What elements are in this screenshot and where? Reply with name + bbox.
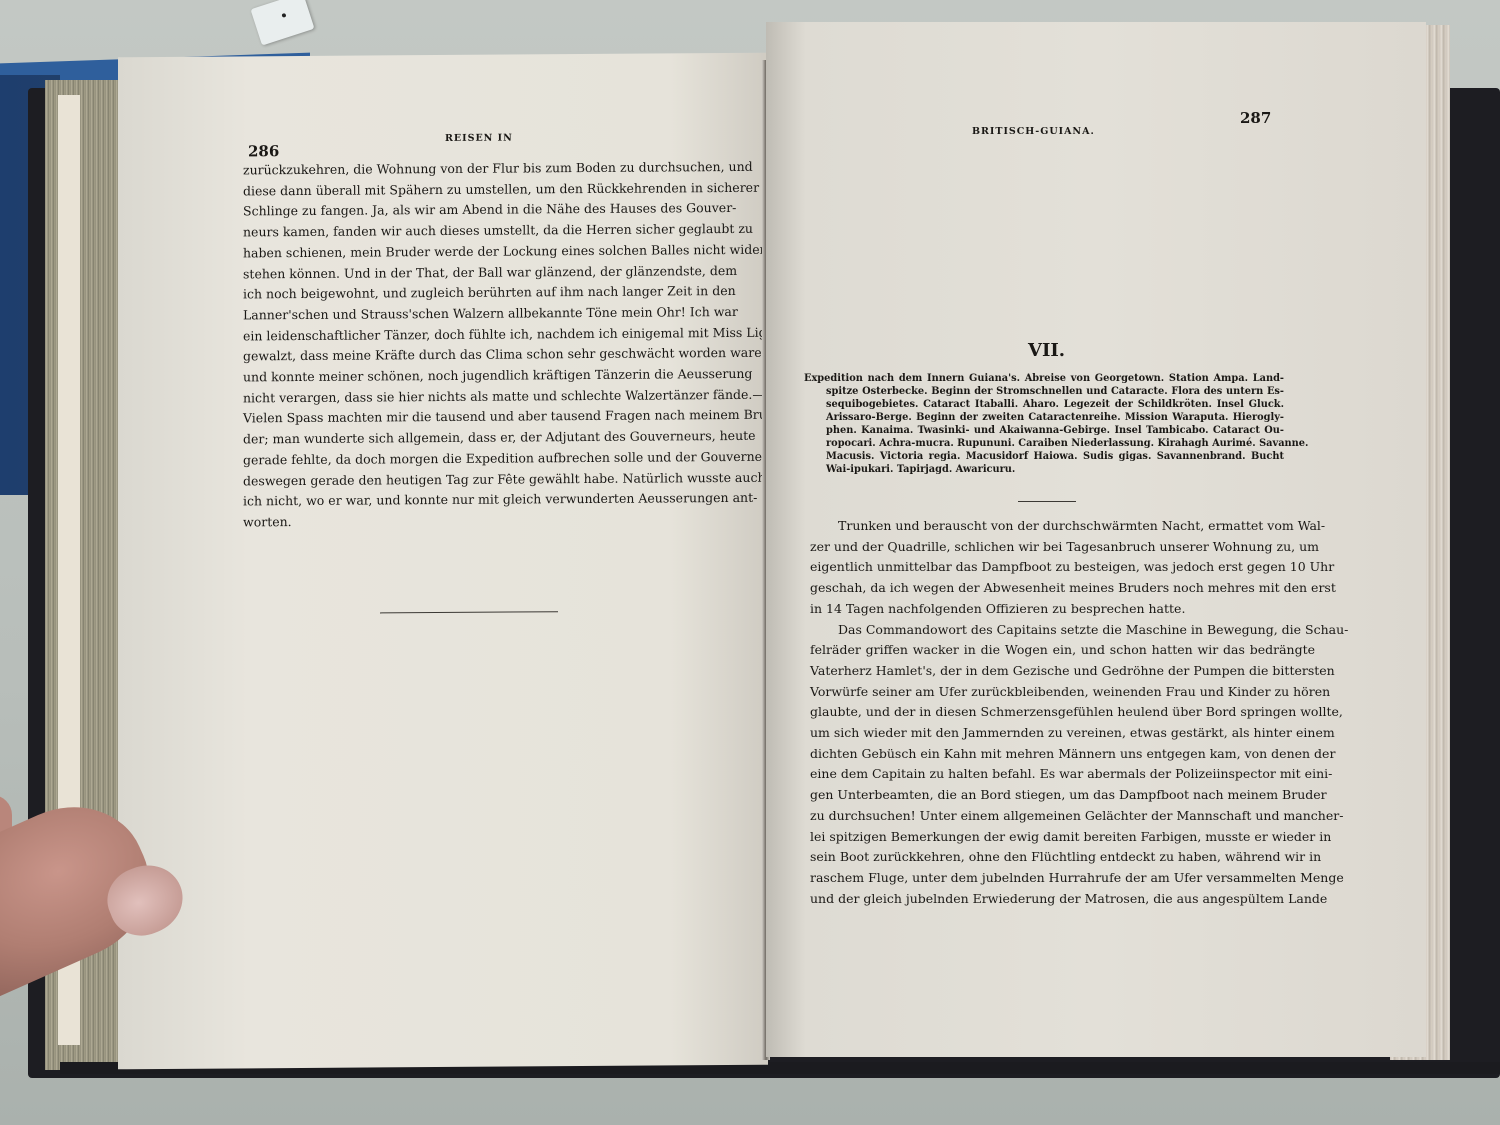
text-line: Das Commandowort des Capitains setzte di… <box>810 620 1315 641</box>
text-line: Vaterherz Hamlet's, der in dem Gezische … <box>810 661 1315 682</box>
summary-separator-rule <box>1018 501 1076 502</box>
text-line: worten. <box>243 509 703 533</box>
left-page-number: 286 <box>248 142 279 160</box>
text-line: zurückzukehren, die Wohnung von der Flur… <box>243 157 703 181</box>
text-line: geschah, da ich wegen der Abwesenheit me… <box>810 578 1315 599</box>
text-line: sein Boot zurückkehren, ohne den Flüchtl… <box>810 847 1315 868</box>
text-line: Vorwürfe seiner am Ufer zurückbleibenden… <box>810 682 1315 703</box>
text-line: dichten Gebüsch ein Kahn mit mehren Männ… <box>810 744 1315 765</box>
text-line: zer und der Quadrille, schlichen wir bei… <box>810 537 1315 558</box>
right-running-head: BRITISCH-GUIANA. <box>972 126 1095 137</box>
summary-line: sequibogebietes. Cataract Itaballi. Ahar… <box>804 398 1284 411</box>
text-line: gen Unterbeamten, die an Bord stiegen, u… <box>810 785 1315 806</box>
end-of-chapter-rule <box>380 611 558 613</box>
text-line: eigentlich unmittelbar das Dampfboot zu … <box>810 557 1315 578</box>
right-page-number: 287 <box>1240 109 1271 127</box>
summary-line: phen. Kanaima. Twasinki- und Akaiwanna-G… <box>804 424 1284 437</box>
summary-line: ropocari. Achra-mucra. Rupununi. Caraibe… <box>804 437 1284 450</box>
left-page-body: zurückzukehren, die Wohnung von der Flur… <box>243 157 703 533</box>
chapter-number: VII. <box>1028 340 1065 361</box>
text-line: um sich wieder mit den Jammernden zu ver… <box>810 723 1315 744</box>
summary-line: Wai-ipukari. Tapirjagd. Awaricuru. <box>804 463 1284 476</box>
right-page: BRITISCH-GUIANA. 287 VII. Expedition nac… <box>766 22 1426 1057</box>
summary-line: Expedition nach dem Innern Guiana's. Abr… <box>804 372 1284 385</box>
text-line: und konnte meiner schönen, noch jugendli… <box>243 364 703 388</box>
text-line: Lanner'schen und Strauss'schen Walzern a… <box>243 302 703 326</box>
text-line: raschem Fluge, unter dem jubelnden Hurra… <box>810 868 1315 889</box>
text-line: lei spitzigen Bemerkungen der ewig damit… <box>810 827 1315 848</box>
text-line: Trunken und berauscht von der durchschwä… <box>810 516 1315 537</box>
text-line: in 14 Tagen nachfolgenden Offizieren zu … <box>810 599 1315 620</box>
left-page: 286 REISEN IN zurückzukehren, die Wohnun… <box>118 53 768 1070</box>
text-line: gerade fehlte, da doch morgen die Expedi… <box>243 447 703 471</box>
summary-line: Arissaro-Berge. Beginn der zweiten Catar… <box>804 411 1284 424</box>
summary-line: spitze Osterbecke. Beginn der Stromschne… <box>804 385 1284 398</box>
text-line: eine dem Capitain zu halten befahl. Es w… <box>810 764 1315 785</box>
text-line: und der gleich jubelnden Erwiederung der… <box>810 889 1315 910</box>
summary-line: Macusis. Victoria regia. Macusidorf Haio… <box>804 450 1284 463</box>
text-line: felräder griffen wacker in die Wogen ein… <box>810 640 1315 661</box>
chapter-summary: Expedition nach dem Innern Guiana's. Abr… <box>804 372 1284 476</box>
text-line: ich nicht, wo er war, und konnte nur mit… <box>243 488 703 512</box>
right-page-body: Trunken und berauscht von der durchschwä… <box>810 516 1315 909</box>
text-line: haben schienen, mein Bruder werde der Lo… <box>243 240 703 264</box>
left-running-head: REISEN IN <box>445 133 513 144</box>
text-line: neurs kamen, fanden wir auch dieses umst… <box>243 219 703 243</box>
text-line: zu durchsuchen! Unter einem allgemeinen … <box>810 806 1315 827</box>
text-line: glaubte, und der in diesen Schmerzensgef… <box>810 702 1315 723</box>
text-line: der; man wunderte sich allgemein, dass e… <box>243 426 703 450</box>
